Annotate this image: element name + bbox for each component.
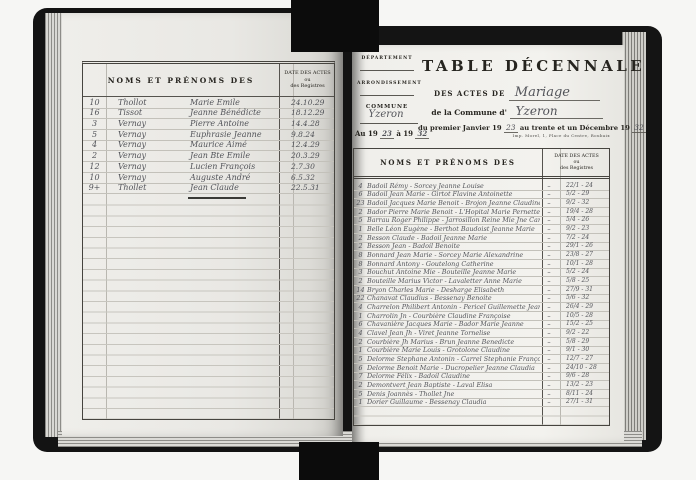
given-names: Jean Claude [184, 183, 277, 193]
book-clamp-top [291, 0, 379, 52]
act-date: 15/2 - 25 [558, 320, 609, 328]
right-table-header: NOMS ET PRÉNOMS DES DATE DES ACTES ou de… [354, 149, 609, 179]
ditto-mark: – [540, 398, 558, 406]
act-date: 6.5.32 [277, 173, 334, 183]
act-number: 3 [83, 119, 106, 129]
ditto-mark: – [540, 268, 558, 276]
left-table-rows: 10 Thollot Marie Emile 24.10.29 16 Tisso… [83, 98, 334, 194]
act-date: 9/6 - 28 [558, 372, 609, 380]
act-number: 5 [354, 390, 367, 398]
ditto-mark: – [540, 381, 558, 389]
right-table-rows: 4 Badoil Rémy - Sorcey Jeanne Louise – 2… [354, 182, 609, 407]
act-date: 18.12.29 [277, 108, 334, 118]
table-row: 2 Vernay Jean Bte Emile 20.3.29 [83, 151, 334, 162]
spouses-names: Denis Joannès - Thollet Jne [367, 390, 540, 398]
printer-imprint: Imp. Morel, 1, Place du Centre, Roubaix [480, 133, 610, 138]
act-number: 2 [354, 277, 367, 285]
date-header: DATE DES ACTES ou des Registres [279, 64, 336, 96]
act-number: 1 [354, 312, 367, 320]
act-number: 2 [354, 338, 367, 346]
ditto-mark: – [540, 277, 558, 285]
act-number: 1 [354, 225, 367, 233]
table-row: 1 Dorier Guillaume - Bessenay Claudia – … [354, 399, 609, 408]
spouses-names: Chanavat Claudius - Bessenay Benoite [367, 294, 540, 302]
table-row: 3 Vernay Pierre Antoine 14.4.28 [83, 119, 334, 130]
given-names: Auguste André [184, 173, 277, 183]
act-date: 27/9 - 31 [558, 286, 609, 294]
page-edges-left [45, 13, 63, 437]
ditto-mark: – [540, 338, 558, 346]
act-date: 24/10 - 28 [558, 364, 609, 372]
spouses-names: Bouchut Antoine Mie - Bouteille Jeanne M… [367, 268, 540, 276]
ditto-mark: – [540, 260, 558, 268]
ditto-mark: – [540, 225, 558, 233]
period-year-from: 23 [504, 123, 518, 133]
act-date: 8/11 - 24 [558, 390, 609, 398]
ditto-mark: – [540, 182, 558, 190]
act-date: 7/2 - 24 [558, 234, 609, 242]
act-number: 6 [354, 364, 367, 372]
given-names: Lucien François [184, 162, 277, 172]
spouses-names: Dorier Guillaume - Bessenay Claudia [367, 398, 540, 406]
ditto-mark: – [540, 390, 558, 398]
surname: Vernay [106, 151, 184, 161]
arrondissement-blank-line [360, 95, 414, 96]
given-names: Maurice Aimé [184, 140, 277, 150]
scanned-register-photo: NOMS ET PRÉNOMS DES DATE DES ACTES ou de… [0, 0, 696, 480]
surname: Thollot [106, 98, 184, 108]
spouses-names: Bonnard Jean Marie - Sorcey Marie Alexan… [367, 251, 540, 259]
act-date: 19/4 - 28 [558, 208, 609, 216]
ditto-mark: – [540, 216, 558, 224]
ditto-mark: – [540, 372, 558, 380]
act-date: 5/4 - 26 [558, 216, 609, 224]
commune-handwritten: Yzeron [510, 104, 603, 119]
act-number: 5 [354, 216, 367, 224]
ditto-mark: – [540, 234, 558, 242]
act-date: 14.4.28 [277, 119, 334, 129]
act-date: 23/8 - 27 [558, 251, 609, 259]
spouses-names: Chavanière Jacques Marie - Bador Marie J… [367, 320, 540, 328]
table-row: 16 Tissot Jeanne Bénédicte 18.12.29 [83, 109, 334, 120]
spouses-names: Badoil Jacques Marie Benoit - Brojon Jea… [367, 199, 540, 207]
act-number: 8 [354, 260, 367, 268]
table-row: 12 Vernay Lucien François 2.7.30 [83, 162, 334, 173]
commune-line: de la Commune d' Yzeron [422, 104, 612, 118]
act-number: 4 [354, 182, 367, 190]
ditto-mark: – [540, 190, 558, 198]
period-printed-a: du premier Janvier 19 [418, 124, 502, 132]
act-number: 1 [354, 346, 367, 354]
surname: Vernay [106, 130, 184, 140]
act-number: 2 [354, 242, 367, 250]
act-number: 7 [354, 372, 367, 380]
given-names: Pierre Antoine [184, 119, 277, 129]
act-date: 12.4.29 [277, 140, 334, 150]
spouses-names: Besson Jean - Badoil Benoite [367, 242, 540, 250]
act-number: 9+ [83, 183, 106, 193]
right-table: NOMS ET PRÉNOMS DES DATE DES ACTES ou de… [353, 148, 610, 426]
acts-type-printed: DES ACTES DE [434, 89, 505, 98]
act-date: 2.7.30 [277, 162, 334, 172]
surname: Vernay [106, 173, 184, 183]
table-row: 10 Thollot Marie Emile 24.10.29 [83, 98, 334, 109]
departement-blank-line [360, 70, 414, 71]
act-number: 22 [354, 294, 367, 302]
date-header: DATE DES ACTES ou des Registres [542, 149, 611, 176]
act-date: 5/2 - 29 [558, 190, 609, 198]
act-date: 22/1 - 24 [558, 182, 609, 190]
surname: Thollet [106, 183, 184, 193]
surname: Vernay [106, 140, 184, 150]
act-date: 20.3.29 [277, 151, 334, 161]
act-number: 3 [354, 268, 367, 276]
act-number: 8 [354, 251, 367, 259]
surname: Tissot [106, 108, 184, 118]
act-number: 14 [354, 286, 367, 294]
act-date: 5/8 - 29 [558, 338, 609, 346]
given-names: Euphrasie Jeanne [184, 130, 277, 140]
end-of-entries-mark [188, 197, 246, 199]
act-number: 1 [354, 398, 367, 406]
ditto-mark: – [540, 199, 558, 207]
spouses-names: Delorme Stephane Antonin - Carrel Stepha… [367, 355, 540, 363]
act-number: 10 [83, 173, 106, 183]
ditto-mark: – [540, 329, 558, 337]
table-row: 5 Vernay Euphrasie Jeanne 9.8.24 [83, 130, 334, 141]
names-header: NOMS ET PRÉNOMS DES [83, 64, 279, 96]
names-header: NOMS ET PRÉNOMS DES [354, 149, 542, 176]
act-number: 2 [354, 234, 367, 242]
given-names: Jeanne Bénédicte [184, 108, 277, 118]
arrondissement-label: ARRONDISSEMENT [357, 81, 417, 86]
table-row: 10 Vernay Auguste André 6.5.32 [83, 173, 334, 184]
ditto-mark: – [540, 286, 558, 294]
table-row: 9+ Thollet Jean Claude 22.5.31 [83, 184, 334, 195]
date-header-line3: des Registres [290, 83, 324, 90]
act-date: 22.5.31 [277, 183, 334, 193]
date-header-line3: des Registres [560, 166, 593, 172]
act-date: 5/8 - 25 [558, 277, 609, 285]
act-date: 29/1 - 26 [558, 242, 609, 250]
act-date: 5/2 - 24 [558, 268, 609, 276]
acts-type-line: DES ACTES DE Mariage [422, 85, 612, 100]
period-line: du premier Janvier 19 23 au trente et un… [418, 123, 616, 132]
ditto-mark: – [540, 364, 558, 372]
ditto-mark: – [540, 312, 558, 320]
spouses-names: Delorme Félix - Badoil Claudine [367, 372, 540, 380]
ditto-mark: – [540, 355, 558, 363]
act-number: 10 [83, 98, 106, 108]
spouses-names: Bouteille Marius Victor - Lavaletter Ann… [367, 277, 540, 285]
spouses-names: Charrelon Philibert Antonin - Pericel Gu… [367, 303, 540, 311]
table-row: 4 Vernay Maurice Aimé 12.4.29 [83, 141, 334, 152]
act-date: 9/2 - 32 [558, 199, 609, 207]
act-date: 12/7 - 27 [558, 355, 609, 363]
act-number: 4 [354, 329, 367, 337]
left-table: NOMS ET PRÉNOMS DES DATE DES ACTES ou de… [82, 61, 335, 420]
commune-underline [360, 123, 418, 124]
act-date: 27/1 - 31 [558, 398, 609, 406]
spouses-names: Courbière Marie Louis - Grotolone Claudi… [367, 346, 540, 354]
spouses-names: Clavel Jean Jh - Viret Jeanne Tornelise [367, 329, 540, 337]
act-number: 5 [83, 130, 106, 140]
ditto-mark: – [540, 251, 558, 259]
ditto-mark: – [540, 303, 558, 311]
commune-handwritten-value: Yzeron [356, 109, 416, 120]
ditto-mark: – [540, 242, 558, 250]
surname: Vernay [106, 162, 184, 172]
spouses-names: Besson Claude - Badoil Jeanne Marie [367, 234, 540, 242]
ditto-mark: – [540, 320, 558, 328]
departement-label: DÉPARTEMENT [357, 56, 417, 61]
act-date: 13/2 - 23 [558, 381, 609, 389]
spouses-names: Charrolin Jn - Courbière Claudine Franço… [367, 312, 540, 320]
spouses-names: Badoil Jean Marie - Girtot Flavine Antoi… [367, 190, 540, 198]
act-date: 9/2 - 23 [558, 225, 609, 233]
act-date: 9/1 - 30 [558, 346, 609, 354]
act-date: 5/6 - 32 [558, 294, 609, 302]
acts-type-handwritten: Mariage [509, 85, 600, 101]
years-prefix: Au 19 [355, 129, 378, 138]
left-table-header: NOMS ET PRÉNOMS DES DATE DES ACTES ou de… [83, 64, 334, 97]
page-edges-right [622, 32, 646, 440]
given-names: Marie Emile [184, 98, 277, 108]
spouses-names: Demontvert Jean Baptiste - Laval Elisa [367, 381, 540, 389]
spouses-names: Bonnard Antony - Goutelong Catherine [367, 260, 540, 268]
act-number: 6 [354, 320, 367, 328]
act-number: 2 [83, 151, 106, 161]
ditto-mark: – [540, 294, 558, 302]
blank-ruled-lines [83, 195, 334, 419]
act-number: 16 [83, 108, 106, 118]
spouses-names: Badoil Rémy - Sorcey Jeanne Louise [367, 182, 540, 190]
act-date: 9.8.24 [277, 130, 334, 140]
right-page: DÉPARTEMENT ARRONDISSEMENT COMMUNE Yzero… [352, 45, 624, 443]
act-date: 26/4 - 29 [558, 303, 609, 311]
act-number: 4 [354, 303, 367, 311]
spouses-names: Courbière Jh Marius - Brun Jeanne Benedi… [367, 338, 540, 346]
act-date: 10/5 - 28 [558, 312, 609, 320]
book-clamp-bottom [299, 442, 379, 480]
act-date: 10/1 - 28 [558, 260, 609, 268]
spouses-names: Bador Pierre Marie Benoit - L'Hopital Ma… [367, 208, 540, 216]
years-mid: à 19 [396, 129, 413, 138]
act-number: 2 [354, 381, 367, 389]
act-number: 4 [83, 140, 106, 150]
ditto-mark: – [540, 346, 558, 354]
spouses-names: Barrau Roger Philippe - Jarrosillon Rein… [367, 216, 540, 224]
period-year-to: 32 [632, 123, 646, 133]
period-printed-b: au trente et un Décembre 19 [520, 124, 630, 132]
given-names: Jean Bte Emile [184, 151, 277, 161]
surname: Vernay [106, 119, 184, 129]
act-date: 24.10.29 [277, 98, 334, 108]
act-number: 5 [354, 355, 367, 363]
blank-ruled-lines [354, 408, 609, 425]
page-title: TABLE DÉCENNALE [422, 57, 612, 75]
left-page: NOMS ET PRÉNOMS DES DATE DES ACTES ou de… [62, 13, 343, 436]
spouses-names: Belle Léon Eugène - Berthot Baudoist Jea… [367, 225, 540, 233]
year-from-handwritten: 23 [380, 129, 394, 139]
commune-printed: de la Commune d' [431, 108, 507, 117]
act-number: 12 [83, 162, 106, 172]
act-date: 9/2 - 22 [558, 329, 609, 337]
act-number: 6 [354, 190, 367, 198]
spouses-names: Bryon Charles Marie - Desharge Elisabeth [367, 286, 540, 294]
ditto-mark: – [540, 208, 558, 216]
act-number: 2 [354, 208, 367, 216]
spouses-names: Delorme Benoit Marie - Ducropelier Jeann… [367, 364, 540, 372]
act-number: 23 [354, 199, 367, 207]
